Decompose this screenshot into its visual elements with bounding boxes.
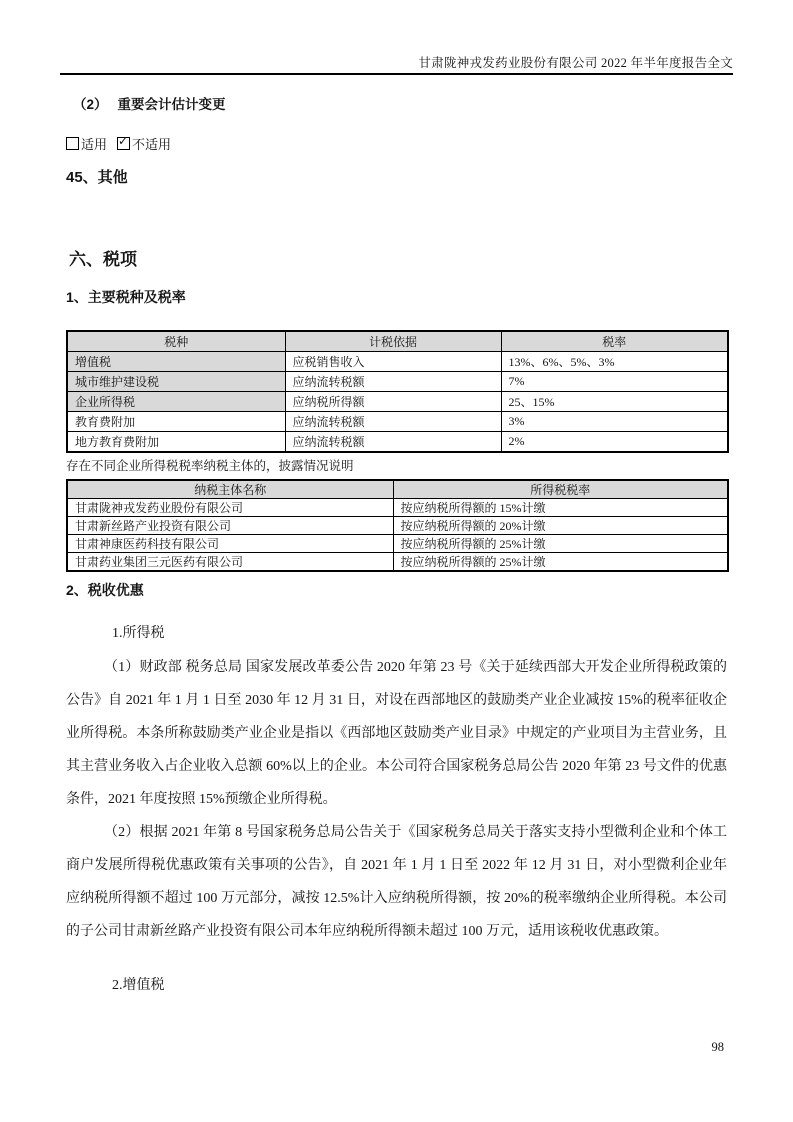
applicability-line: 适用✓不适用 <box>66 134 171 153</box>
tax-rate-cell: 25、15% <box>501 392 728 412</box>
taxpayer-name-cell: 甘肃药业集团三元医药有限公司 <box>67 553 393 572</box>
tax-type-cell: 城市维护建设税 <box>67 372 285 392</box>
page-number: 98 <box>712 1040 725 1055</box>
tax-rate-cell: 3% <box>501 412 728 432</box>
report-header-title: 甘肃陇神戎发药业股份有限公司 2022 年半年度报告全文 <box>418 53 733 71</box>
table-row: 城市维护建设税 应纳流转税额 7% <box>67 372 728 392</box>
tax-rate-cell: 13%、6%、5%、3% <box>501 352 728 372</box>
column-header-taxpayer-name: 纳税主体名称 <box>67 480 393 499</box>
heading-title: 重要会计估计变更 <box>118 97 226 112</box>
tax-rate-table: 税种 计税依据 税率 增值税 应税销售收入 13%、6%、5%、3% 城市维护建… <box>66 330 729 453</box>
table-row: 甘肃新丝路产业投资有限公司 按应纳税所得额的 20%计缴 <box>67 517 728 535</box>
table-row: 甘肃药业集团三元医药有限公司 按应纳税所得额的 25%计缴 <box>67 553 728 572</box>
check-mark-icon: ✓ <box>118 135 128 147</box>
income-tax-paragraph-2: （2）根据 2021 年第 8 号国家税务总局公告关于《国家税务总局关于落实支持… <box>66 816 727 948</box>
heading-section-45-other: 45、其他 <box>66 166 128 187</box>
taxpayer-name-cell: 甘肃新丝路产业投资有限公司 <box>67 517 393 535</box>
table-row: 增值税 应税销售收入 13%、6%、5%、3% <box>67 352 728 372</box>
table-row: 教育费附加 应纳流转税额 3% <box>67 412 728 432</box>
table-row: 甘肃陇神戎发药业股份有限公司 按应纳税所得额的 15%计缴 <box>67 499 728 517</box>
income-tax-rate-cell: 按应纳税所得额的 25%计缴 <box>393 535 728 553</box>
table-row: 甘肃神康医药科技有限公司 按应纳税所得额的 25%计缴 <box>67 535 728 553</box>
income-tax-paragraph-1: （1）财政部 税务总局 国家发展改革委公告 2020 年第 23 号《关于延续西… <box>66 651 727 816</box>
income-tax-subheading: 1.所得税 <box>112 622 165 642</box>
heading-section-6-tax: 六、税项 <box>69 245 137 270</box>
table-row: 地方教育费附加 应纳流转税额 2% <box>67 432 728 453</box>
applicable-label: 适用 <box>81 137 107 152</box>
income-tax-rate-cell: 按应纳税所得额的 15%计缴 <box>393 499 728 517</box>
table-header-row: 纳税主体名称 所得税税率 <box>67 480 728 499</box>
taxpayer-name-cell: 甘肃陇神戎发药业股份有限公司 <box>67 499 393 517</box>
column-header-tax-rate: 税率 <box>501 331 728 352</box>
taxpayer-name-cell: 甘肃神康医药科技有限公司 <box>67 535 393 553</box>
taxpayer-table: 纳税主体名称 所得税税率 甘肃陇神戎发药业股份有限公司 按应纳税所得额的 15%… <box>66 479 729 572</box>
not-applicable-label: 不适用 <box>132 137 171 152</box>
table-header-row: 税种 计税依据 税率 <box>67 331 728 352</box>
note-different-tax-rates: 存在不同企业所得税税率纳税主体的，披露情况说明 <box>66 456 354 474</box>
table-row: 企业所得税 应纳税所得额 25、15% <box>67 392 728 412</box>
tax-rate-cell: 2% <box>501 432 728 453</box>
column-header-tax-type: 税种 <box>67 331 285 352</box>
heading-accounting-estimate-change: （2）重要会计估计变更 <box>73 93 226 113</box>
heading-number: （2） <box>73 97 108 112</box>
column-header-tax-basis: 计税依据 <box>285 331 501 352</box>
income-tax-rate-cell: 按应纳税所得额的 25%计缴 <box>393 553 728 572</box>
checkbox-checked-icon: ✓ <box>117 137 130 150</box>
income-tax-rate-cell: 按应纳税所得额的 20%计缴 <box>393 517 728 535</box>
checkbox-unchecked-icon <box>66 137 79 150</box>
heading-main-taxes-and-rates: 1、主要税种及税率 <box>66 287 186 307</box>
heading-tax-incentives: 2、税收优惠 <box>66 580 144 600</box>
tax-rate-cell: 7% <box>501 372 728 392</box>
tax-basis-cell: 应纳流转税额 <box>285 432 501 453</box>
vat-subheading: 2.增值税 <box>112 974 165 994</box>
tax-basis-cell: 应纳税所得额 <box>285 392 501 412</box>
report-page: 甘肃陇神戎发药业股份有限公司 2022 年半年度报告全文 （2）重要会计估计变更… <box>0 0 793 1122</box>
header-divider <box>60 73 733 75</box>
tax-type-cell: 企业所得税 <box>67 392 285 412</box>
tax-type-cell: 增值税 <box>67 352 285 372</box>
tax-type-cell: 教育费附加 <box>67 412 285 432</box>
tax-type-cell: 地方教育费附加 <box>67 432 285 453</box>
tax-basis-cell: 应税销售收入 <box>285 352 501 372</box>
column-header-income-tax-rate: 所得税税率 <box>393 480 728 499</box>
tax-basis-cell: 应纳流转税额 <box>285 412 501 432</box>
tax-basis-cell: 应纳流转税额 <box>285 372 501 392</box>
